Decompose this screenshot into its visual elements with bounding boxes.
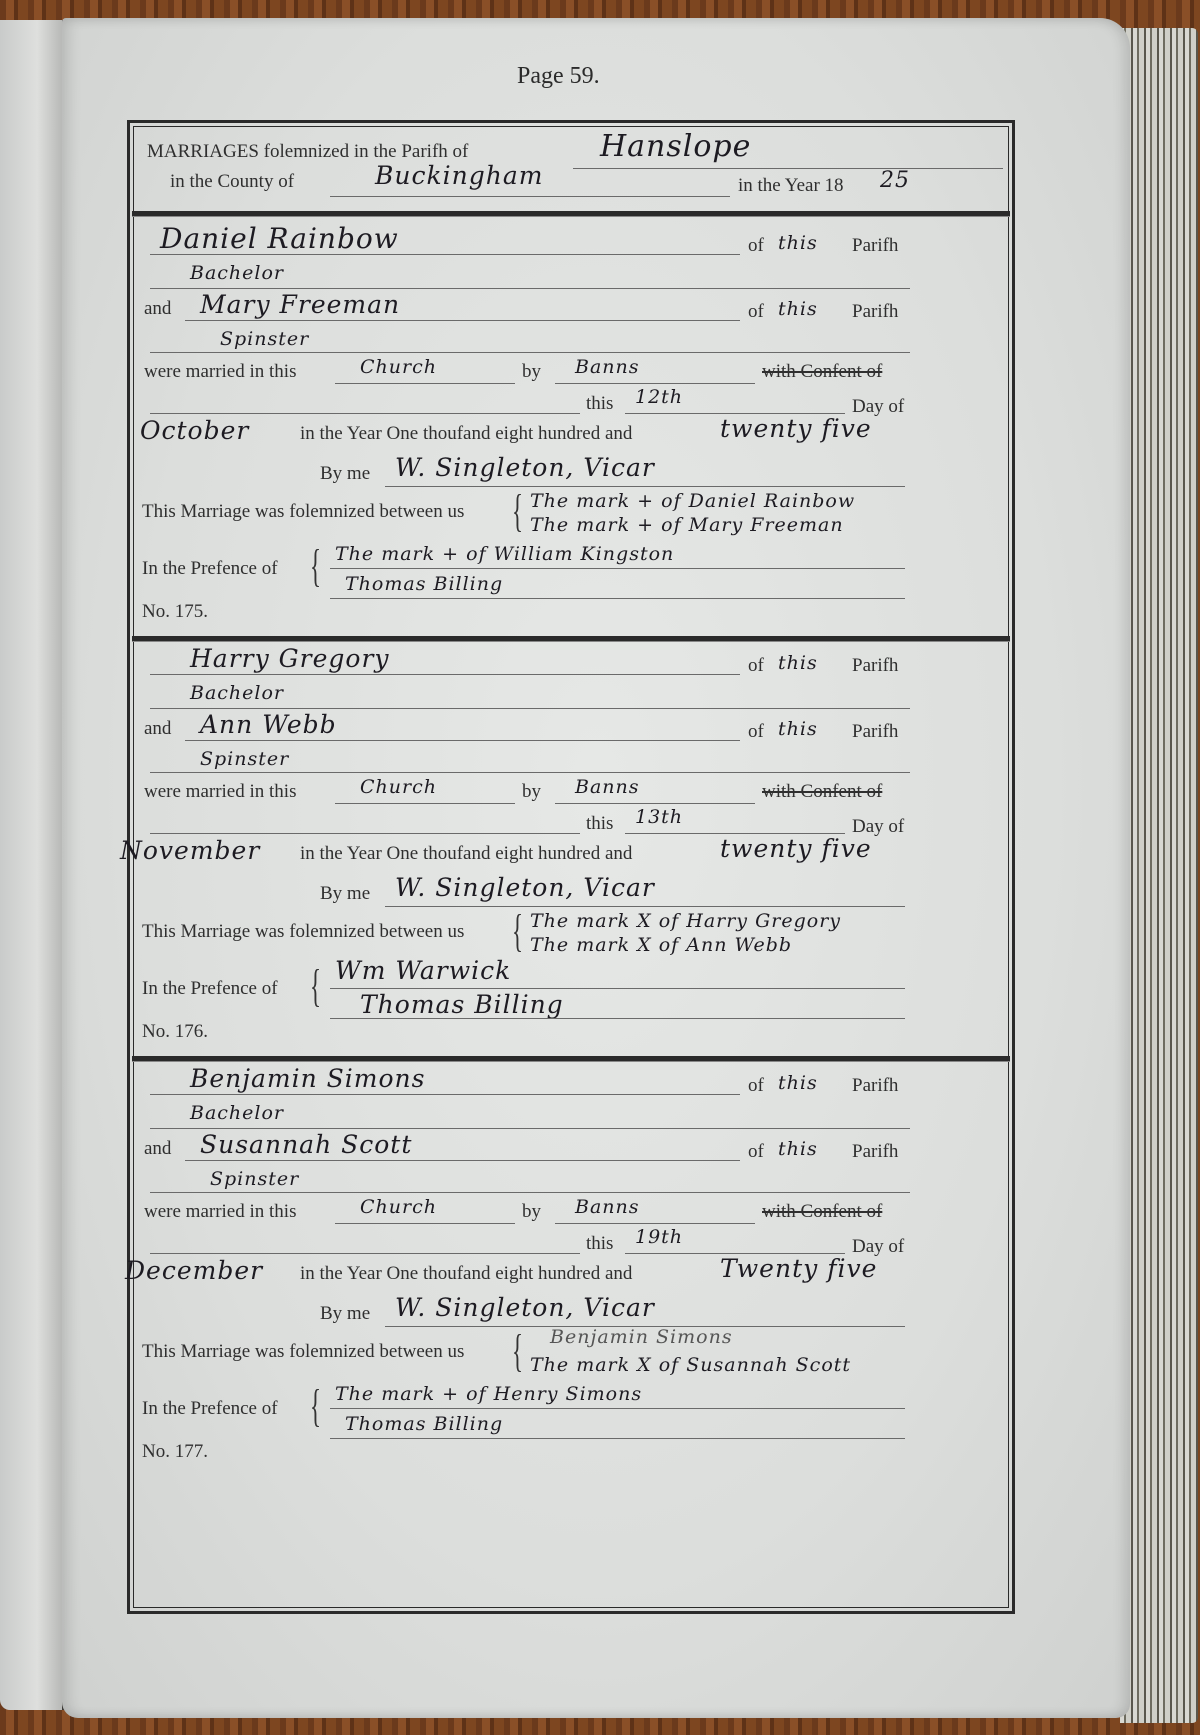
header-county-label: in the County of [170,171,294,193]
and-label: and [144,1138,171,1160]
marriage-by: Banns [575,356,640,378]
bride-name: Susannah Scott [200,1130,412,1159]
year-words-label: in the Year One thoufand eight hundred a… [300,423,632,445]
groom-name: Daniel Rainbow [160,222,399,255]
party-signature: The mark + of Daniel Rainbow [530,490,855,512]
marriage-by: Banns [575,1196,640,1218]
bride-name: Ann Webb [200,710,337,739]
party-signature: Benjamin Simons [550,1326,733,1348]
presence-of-label: In the Prefence of [142,558,278,580]
year-words: Twenty five [720,1254,877,1283]
county-name: Buckingham [375,161,543,190]
by-label: by [522,1201,541,1223]
and-label: and [144,718,171,740]
with-consent-label: with Confent of [762,361,882,383]
this-label: this [586,1233,613,1255]
solemnized-between-label: This Marriage was folemnized between us [142,921,464,943]
groom-status: Bachelor [190,262,284,284]
parish-label: Parifh [852,721,898,743]
bride-status: Spinster [210,1168,299,1190]
marriage-by: Banns [575,776,640,798]
witness-signature: Thomas Billing [360,990,564,1019]
witness-signature: Thomas Billing [345,573,503,595]
witness-signature: The mark + of William Kingston [335,543,674,565]
party-signature: The mark X of Harry Gregory [530,910,841,932]
presence-of-label: In the Prefence of [142,1398,278,1420]
marriage-place: Church [360,356,437,378]
bride-name: Mary Freeman [200,290,400,319]
of-label: of [748,1075,764,1097]
of-label: of [748,721,764,743]
of-label: of [748,1141,764,1163]
year-words-label: in the Year One thoufand eight hundred a… [300,1263,632,1285]
marriage-day: 12th [635,386,683,408]
parish-label: Parifh [852,235,898,257]
of-label: of [748,655,764,677]
were-married-label: were married in this [144,361,296,383]
page-number: Page 59. [517,63,600,90]
groom-name: Benjamin Simons [190,1064,425,1093]
party-signature: The mark + of Mary Freeman [530,514,844,536]
marriage-month: December [125,1256,263,1285]
parish-label: Parifh [852,1075,898,1097]
parish-label: Parifh [852,301,898,323]
witness-signature: Thomas Billing [345,1413,503,1435]
marriage-place: Church [360,776,437,798]
facing-page-edge [0,20,66,1710]
party-signature: The mark X of Susannah Scott [530,1354,851,1376]
bride-status: Spinster [200,748,289,770]
parish-name: Hanslope [600,129,751,164]
by-me-label: By me [320,1303,370,1325]
party-signature: The mark X of Ann Webb [530,934,792,956]
header-year-label: in the Year 18 [738,175,844,197]
and-label: and [144,298,171,320]
bride-status: Spinster [220,328,309,350]
by-me-label: By me [320,463,370,485]
entry-number: No. 175. [142,601,208,623]
marriage-day: 19th [635,1226,683,1248]
by-me-label: By me [320,883,370,905]
parish-label: Parifh [852,1141,898,1163]
presence-of-label: In the Prefence of [142,978,278,1000]
header-year-digits: 25 [880,168,910,193]
officiant: W. Singleton, Vicar [395,1293,655,1322]
solemnized-between-label: This Marriage was folemnized between us [142,501,464,523]
marriage-month: November [120,836,260,865]
parish-label: Parifh [852,655,898,677]
with-consent-label: with Confent of [762,781,882,803]
witness-signature: The mark + of Henry Simons [335,1383,642,1405]
this-label: this [586,393,613,415]
officiant: W. Singleton, Vicar [395,453,655,482]
year-words-label: in the Year One thoufand eight hundred a… [300,843,632,865]
by-label: by [522,361,541,383]
groom-status: Bachelor [190,1102,284,1124]
of-label: of [748,301,764,323]
year-words: twenty five [720,414,872,443]
register-page: Page 59. MARRIAGES folemnized in the Par… [62,18,1130,1718]
groom-parish: this [778,652,818,674]
this-label: this [586,813,613,835]
groom-name: Harry Gregory [190,644,390,673]
groom-parish: this [778,1072,818,1094]
groom-status: Bachelor [190,682,284,704]
entry-number: No. 176. [142,1021,208,1043]
page-stack-edge [1120,28,1198,1723]
were-married-label: were married in this [144,781,296,803]
marriage-day: 13th [635,806,683,828]
marriage-month: October [140,416,249,445]
groom-parish: this [778,232,818,254]
header-line1-label: MARRIAGES folemnized in the Parifh of [147,141,468,163]
were-married-label: were married in this [144,1201,296,1223]
solemnized-between-label: This Marriage was folemnized between us [142,1341,464,1363]
of-label: of [748,235,764,257]
with-consent-label: with Confent of [762,1201,882,1223]
by-label: by [522,781,541,803]
year-words: twenty five [720,834,872,863]
entry-number: No. 177. [142,1441,208,1463]
marriage-register-form: MARRIAGES folemnized in the Parifh of Ha… [127,120,1015,1614]
bride-parish: this [778,718,818,740]
officiant: W. Singleton, Vicar [395,873,655,902]
bride-parish: this [778,1138,818,1160]
witness-signature: Wm Warwick [335,956,511,985]
bride-parish: this [778,298,818,320]
marriage-place: Church [360,1196,437,1218]
